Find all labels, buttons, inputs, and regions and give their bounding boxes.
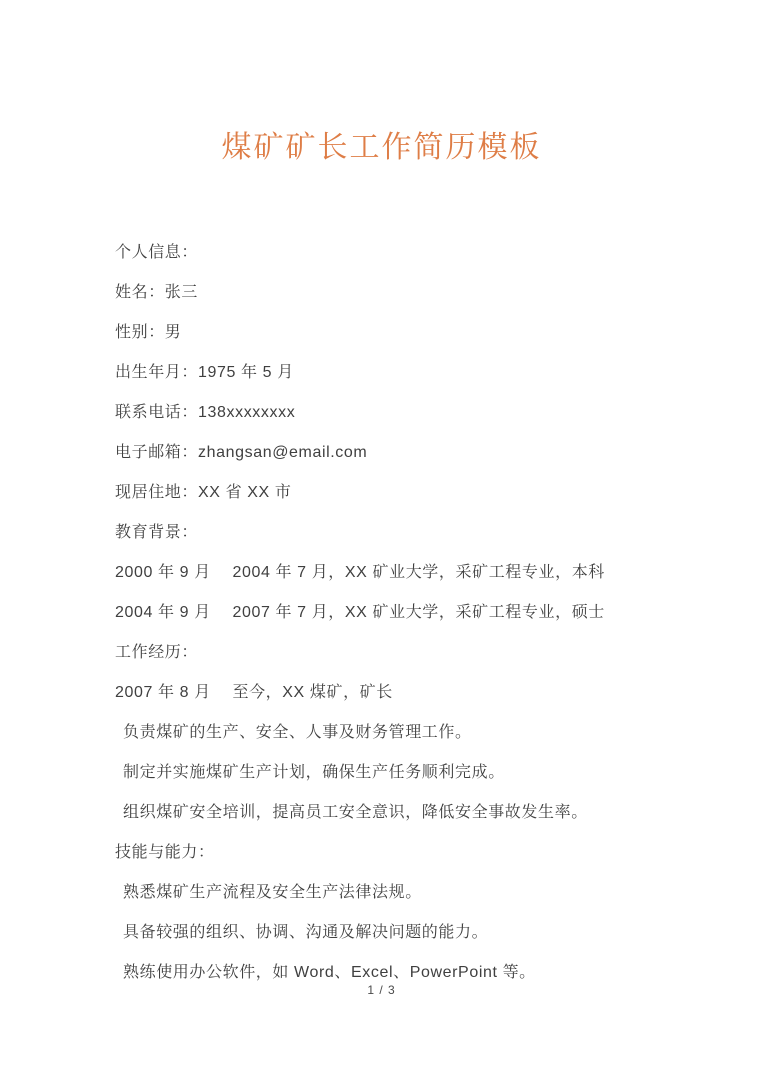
document-line: 电子邮箱：zhangsan@email.com xyxy=(115,430,663,470)
document-line: 个人信息： xyxy=(115,230,663,270)
document-line: 负责煤矿的生产、安全、人事及财务管理工作。 xyxy=(115,710,663,750)
document-line: 2007 年 8 月 至今，XX 煤矿，矿长 xyxy=(115,670,663,710)
document-line: 联系电话：138xxxxxxxx xyxy=(115,390,663,430)
document-line: 性别：男 xyxy=(115,310,663,350)
document-line: 组织煤矿安全培训，提高员工安全意识，降低安全事故发生率。 xyxy=(115,790,663,830)
document-line: 教育背景： xyxy=(115,510,663,550)
page-number: 1 / 3 xyxy=(0,983,763,997)
document-title: 煤矿矿长工作简历模板 xyxy=(0,0,763,172)
document-line: 2004 年 9 月 2007 年 7 月，XX 矿业大学，采矿工程专业，硕士 xyxy=(115,590,663,630)
document-line: 熟悉煤矿生产流程及安全生产法律法规。 xyxy=(115,870,663,910)
document-line: 制定并实施煤矿生产计划，确保生产任务顺利完成。 xyxy=(115,750,663,790)
document-line: 工作经历： xyxy=(115,630,663,670)
document-line: 具备较强的组织、协调、沟通及解决问题的能力。 xyxy=(115,910,663,950)
document-line: 2000 年 9 月 2004 年 7 月，XX 矿业大学，采矿工程专业，本科 xyxy=(115,550,663,590)
document-line: 现居住地：XX 省 XX 市 xyxy=(115,470,663,510)
document-line: 技能与能力： xyxy=(115,830,663,870)
document-page: 煤矿矿长工作简历模板 个人信息：姓名：张三性别：男出生年月：1975 年 5 月… xyxy=(0,0,763,1080)
document-line: 姓名：张三 xyxy=(115,270,663,310)
document-line: 出生年月：1975 年 5 月 xyxy=(115,350,663,390)
document-body: 个人信息：姓名：张三性别：男出生年月：1975 年 5 月联系电话：138xxx… xyxy=(115,230,663,990)
